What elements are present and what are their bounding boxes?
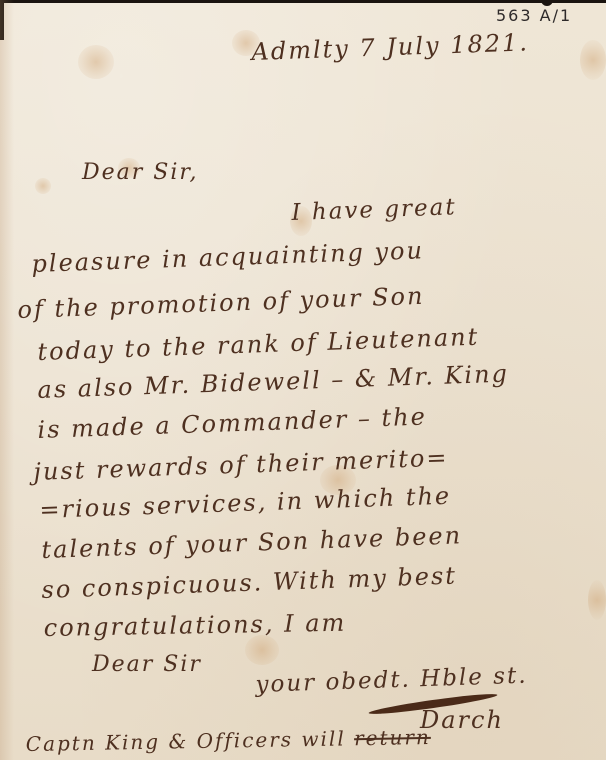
body-line: talents of your Son have been <box>41 521 462 564</box>
body-line: is made a Commander – the <box>37 402 427 444</box>
postscript: Captn King & Officers will return <box>26 725 431 756</box>
body-line: congratulations, I am <box>44 609 347 642</box>
foxing-stain <box>588 580 606 620</box>
foxing-stain <box>245 635 279 665</box>
scan-top-edge <box>0 0 606 3</box>
foxing-stain <box>580 40 606 80</box>
paper-fold-shadow <box>0 0 14 760</box>
archive-reference: 563 A/1 <box>496 6 572 25</box>
letter-date: Admlty 7 July 1821. <box>251 28 529 66</box>
body-line: so conspicuous. With my best <box>41 562 457 604</box>
body-line: just rewards of their merito= <box>33 444 449 486</box>
foxing-stain <box>35 178 51 194</box>
salutation: Dear Sir, <box>82 160 198 185</box>
body-line: I have great <box>291 194 457 226</box>
body-line: pleasure in acquainting you <box>31 236 424 278</box>
body-line: of the promotion of your Son <box>17 282 425 324</box>
body-line: today to the rank of Lieutenant <box>37 323 480 366</box>
body-line: as also Mr. Bidewell – & Mr. King <box>37 360 509 404</box>
signature: Darch <box>420 706 504 734</box>
body-line: =rious services, in which the <box>39 482 452 524</box>
closing-salutation: Dear Sir <box>92 652 202 677</box>
postscript-struck-word: return <box>354 725 431 750</box>
foxing-stain <box>78 45 114 79</box>
letter-page: 563 A/1 Admlty 7 July 1821. Dear Sir, I … <box>0 0 606 760</box>
valediction: your obedt. Hble st. <box>255 663 528 698</box>
postscript-text: Captn King & Officers will <box>26 726 355 756</box>
